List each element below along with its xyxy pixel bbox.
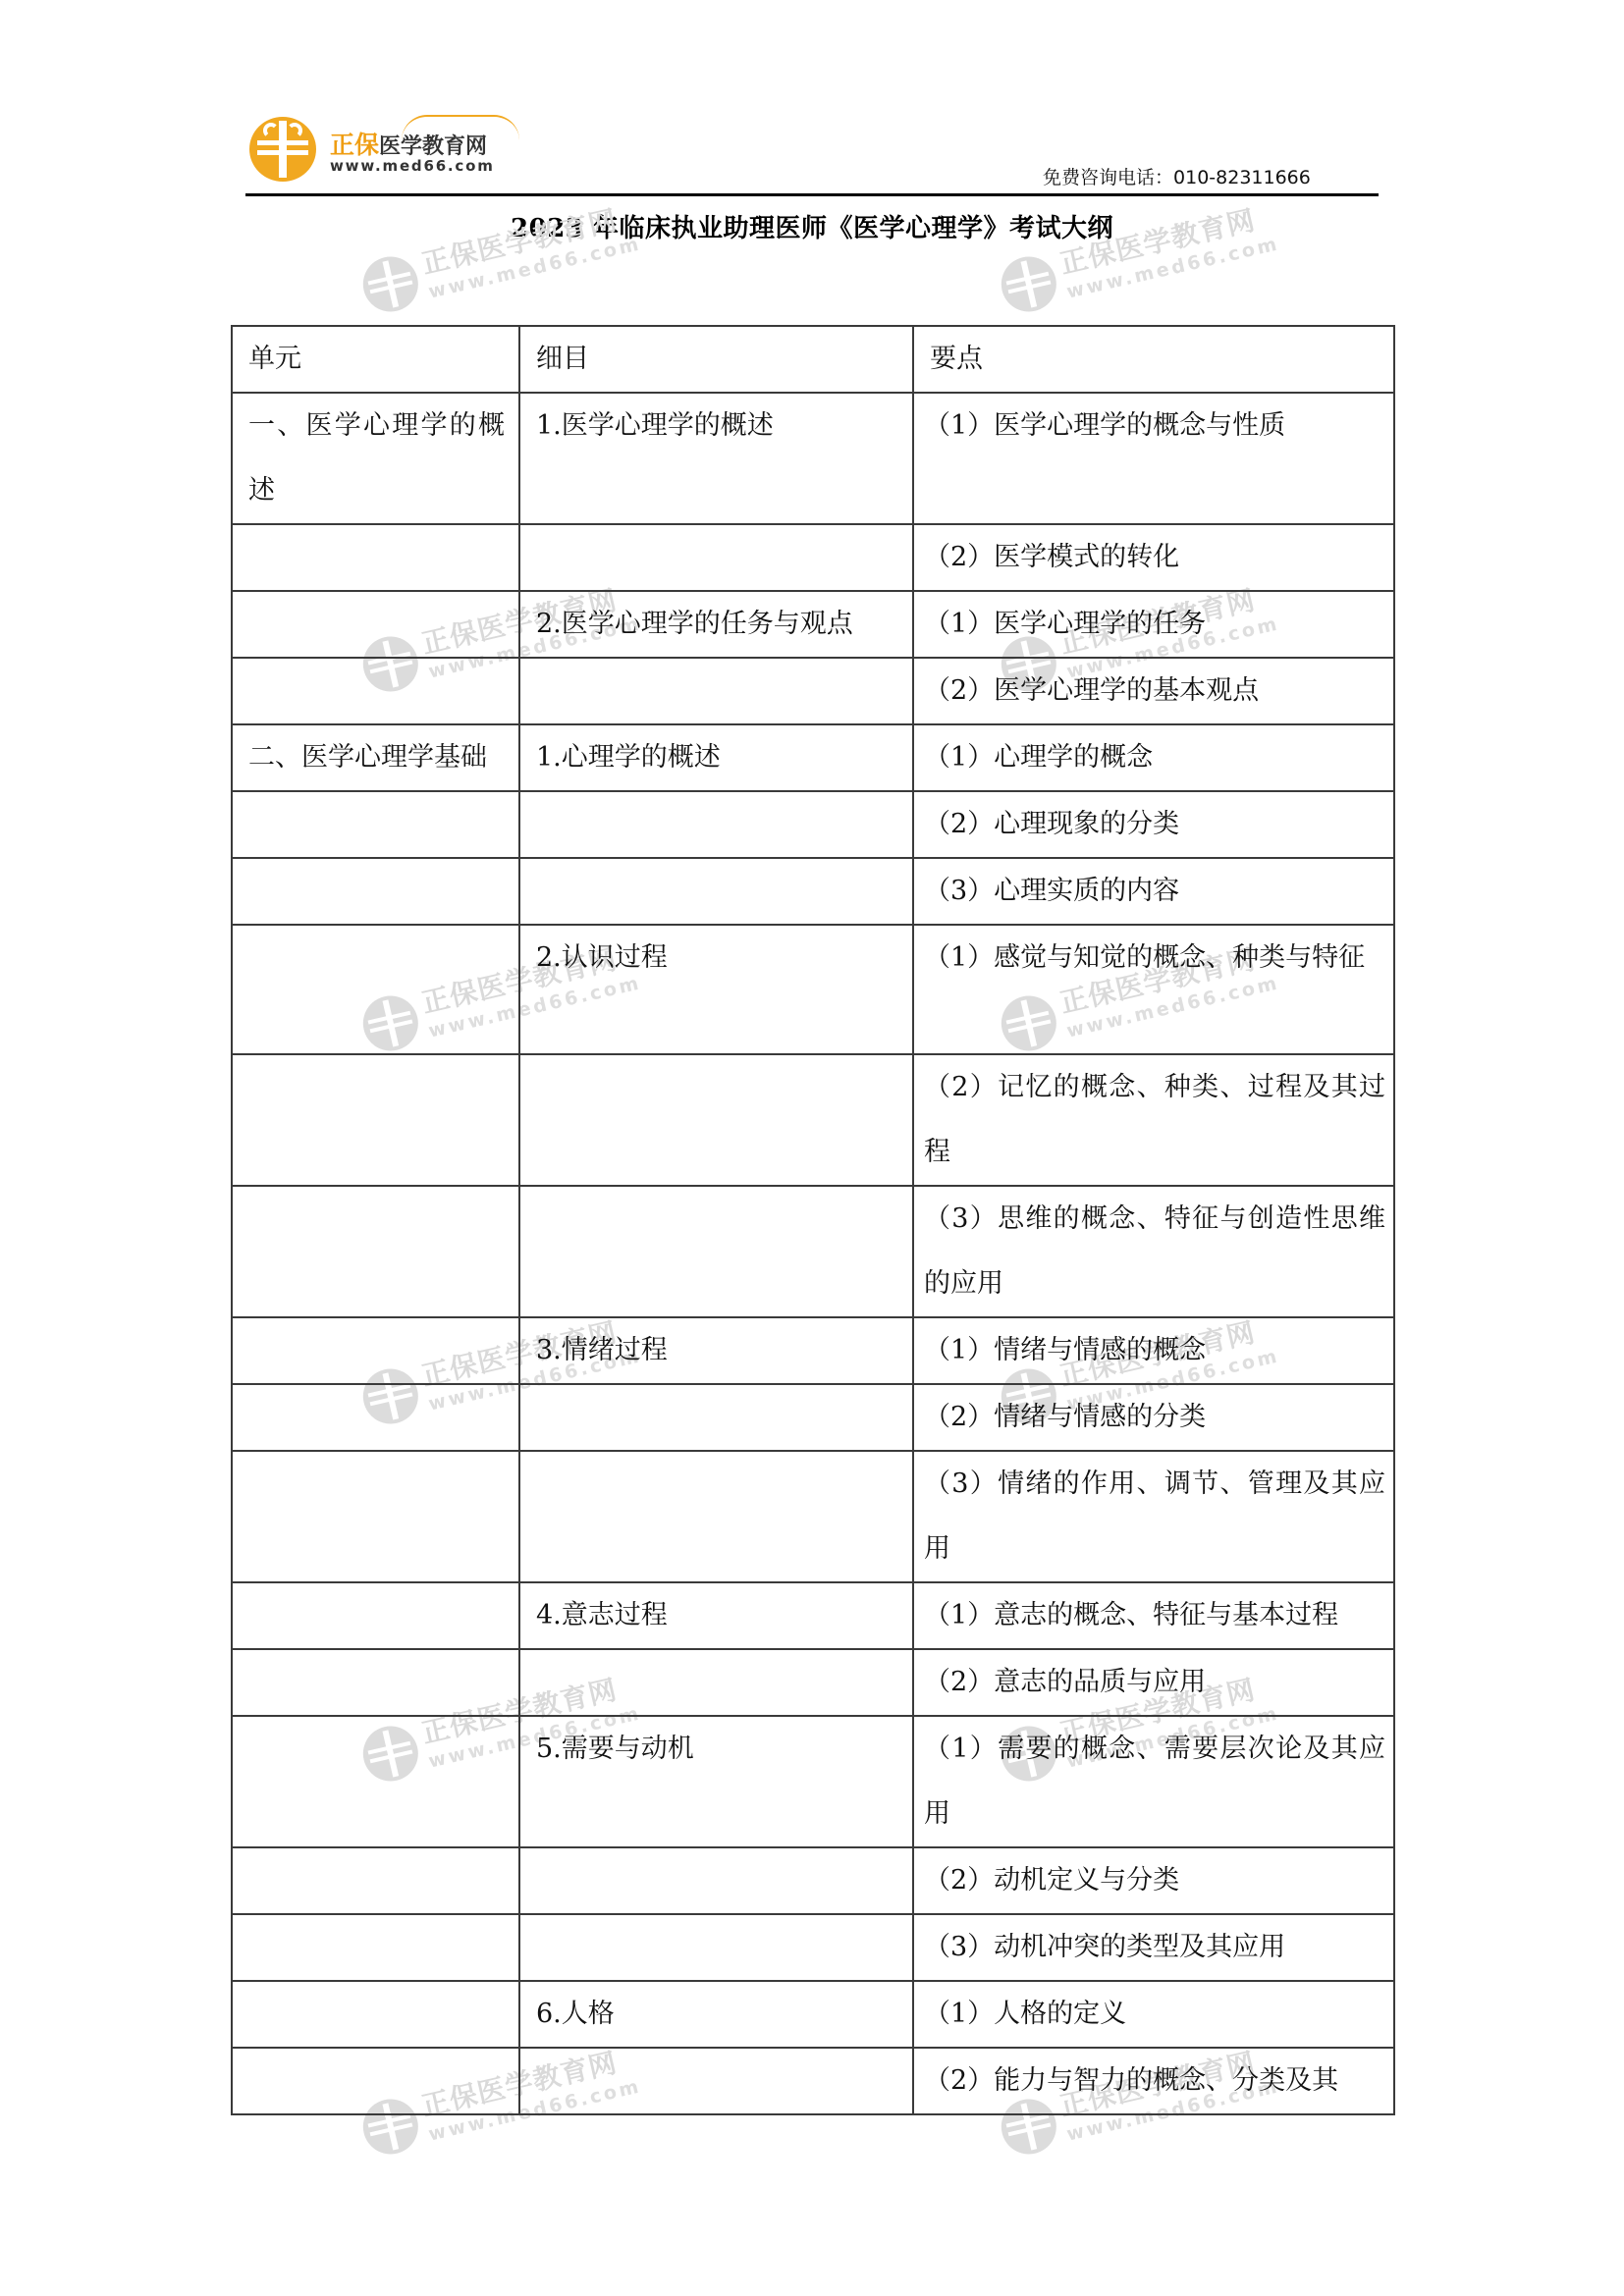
brand-name: 正保医学教育网 [330, 126, 487, 161]
unit-cell: 二、医学心理学基础 [232, 724, 519, 791]
syllabus-table: 单元 细目 要点 一、医学心理学的概述1.医学心理学的概述（1）医学心理学的概念… [231, 325, 1395, 2115]
brand-rest: 医学教育网 [379, 134, 487, 159]
points-cell: （2）意志的品质与应用 [913, 1649, 1394, 1716]
points-cell: （3）动机冲突的类型及其应用 [913, 1914, 1394, 1981]
unit-cell [232, 591, 519, 658]
item-cell: 1.医学心理学的概述 [519, 393, 913, 524]
logo-emblem-icon [249, 117, 316, 182]
item-cell [519, 524, 913, 591]
table-row: （2）医学心理学的基本观点 [232, 658, 1394, 724]
points-cell: （1）意志的概念、特征与基本过程 [913, 1582, 1394, 1649]
table-row: （3）情绪的作用、调节、管理及其应用 [232, 1451, 1394, 1582]
points-cell: （1）医学心理学的概念与性质 [913, 393, 1394, 524]
unit-cell [232, 658, 519, 724]
table-row: （2）动机定义与分类 [232, 1847, 1394, 1914]
item-cell [519, 791, 913, 858]
unit-cell [232, 1384, 519, 1451]
item-cell [519, 1847, 913, 1914]
table-row: （2）意志的品质与应用 [232, 1649, 1394, 1716]
brand-url: www.med66.com [330, 157, 495, 175]
item-cell: 1.心理学的概述 [519, 724, 913, 791]
unit-cell [232, 1847, 519, 1914]
item-cell [519, 1914, 913, 1981]
points-cell: （3）心理实质的内容 [913, 858, 1394, 925]
table-row: （2）记忆的概念、种类、过程及其过程 [232, 1054, 1394, 1186]
unit-cell [232, 1914, 519, 1981]
unit-cell [232, 858, 519, 925]
table-row: 二、医学心理学基础1.心理学的概述（1）心理学的概念 [232, 724, 1394, 791]
unit-cell [232, 1716, 519, 1847]
watermark-emblem-icon [357, 251, 423, 317]
unit-cell [232, 791, 519, 858]
points-cell: （1）心理学的概念 [913, 724, 1394, 791]
brand-accent: 正保 [330, 131, 379, 159]
table-row: 2.认识过程（1）感觉与知觉的概念、种类与特征 [232, 925, 1394, 1054]
points-cell: （2）记忆的概念、种类、过程及其过程 [913, 1054, 1394, 1186]
document-title: 2023 年临床执业助理医师《医学心理学》考试大纲 [0, 208, 1624, 244]
points-cell: （2）能力与智力的概念、分类及其 [913, 2048, 1394, 2114]
watermark-emblem-icon [996, 251, 1061, 317]
points-cell: （2）动机定义与分类 [913, 1847, 1394, 1914]
item-cell [519, 1451, 913, 1582]
unit-cell [232, 1649, 519, 1716]
item-cell [519, 1054, 913, 1186]
table-row: 6.人格（1）人格的定义 [232, 1981, 1394, 2048]
header-divider [245, 193, 1379, 196]
table-row: 一、医学心理学的概述1.医学心理学的概述（1）医学心理学的概念与性质 [232, 393, 1394, 524]
points-cell: （3）情绪的作用、调节、管理及其应用 [913, 1451, 1394, 1582]
points-cell: （2）心理现象的分类 [913, 791, 1394, 858]
unit-cell: 一、医学心理学的概述 [232, 393, 519, 524]
unit-cell [232, 925, 519, 1054]
unit-cell [232, 1186, 519, 1317]
points-cell: （2）情绪与情感的分类 [913, 1384, 1394, 1451]
table-row: （3）思维的概念、特征与创造性思维的应用 [232, 1186, 1394, 1317]
table-row: 5.需要与动机（1）需要的概念、需要层次论及其应用 [232, 1716, 1394, 1847]
header-item: 细目 [519, 326, 913, 393]
table-row: （2）能力与智力的概念、分类及其 [232, 2048, 1394, 2114]
item-cell [519, 2048, 913, 2114]
points-cell: （2）医学心理学的基本观点 [913, 658, 1394, 724]
unit-cell [232, 1317, 519, 1384]
unit-cell [232, 1582, 519, 1649]
phone-label: 免费咨询电话： [1043, 167, 1173, 188]
table-header-row: 单元 细目 要点 [232, 326, 1394, 393]
consult-phone: 免费咨询电话：010-82311666 [1043, 163, 1311, 189]
table-row: （2）心理现象的分类 [232, 791, 1394, 858]
points-cell: （1）需要的概念、需要层次论及其应用 [913, 1716, 1394, 1847]
points-cell: （2）医学模式的转化 [913, 524, 1394, 591]
table-row: 3.情绪过程（1）情绪与情感的概念 [232, 1317, 1394, 1384]
item-cell: 2.认识过程 [519, 925, 913, 1054]
unit-cell [232, 2048, 519, 2114]
item-cell: 3.情绪过程 [519, 1317, 913, 1384]
item-cell [519, 1186, 913, 1317]
points-cell: （1）人格的定义 [913, 1981, 1394, 2048]
header-unit: 单元 [232, 326, 519, 393]
unit-cell [232, 524, 519, 591]
item-cell: 4.意志过程 [519, 1582, 913, 1649]
brand-logo: 正保医学教育网 www.med66.com [249, 116, 544, 185]
table-row: （3）动机冲突的类型及其应用 [232, 1914, 1394, 1981]
item-cell [519, 858, 913, 925]
table-row: 4.意志过程（1）意志的概念、特征与基本过程 [232, 1582, 1394, 1649]
item-cell: 6.人格 [519, 1981, 913, 2048]
unit-cell [232, 1054, 519, 1186]
points-cell: （3）思维的概念、特征与创造性思维的应用 [913, 1186, 1394, 1317]
item-cell: 2.医学心理学的任务与观点 [519, 591, 913, 658]
item-cell [519, 1384, 913, 1451]
item-cell: 5.需要与动机 [519, 1716, 913, 1847]
points-cell: （1）感觉与知觉的概念、种类与特征 [913, 925, 1394, 1054]
table-row: （3）心理实质的内容 [232, 858, 1394, 925]
table-row: （2）情绪与情感的分类 [232, 1384, 1394, 1451]
phone-number: 010-82311666 [1173, 167, 1311, 188]
header-points: 要点 [913, 326, 1394, 393]
table-row: （2）医学模式的转化 [232, 524, 1394, 591]
unit-cell [232, 1981, 519, 2048]
unit-cell [232, 1451, 519, 1582]
table-row: 2.医学心理学的任务与观点（1）医学心理学的任务 [232, 591, 1394, 658]
item-cell [519, 1649, 913, 1716]
item-cell [519, 658, 913, 724]
points-cell: （1）情绪与情感的概念 [913, 1317, 1394, 1384]
points-cell: （1）医学心理学的任务 [913, 591, 1394, 658]
